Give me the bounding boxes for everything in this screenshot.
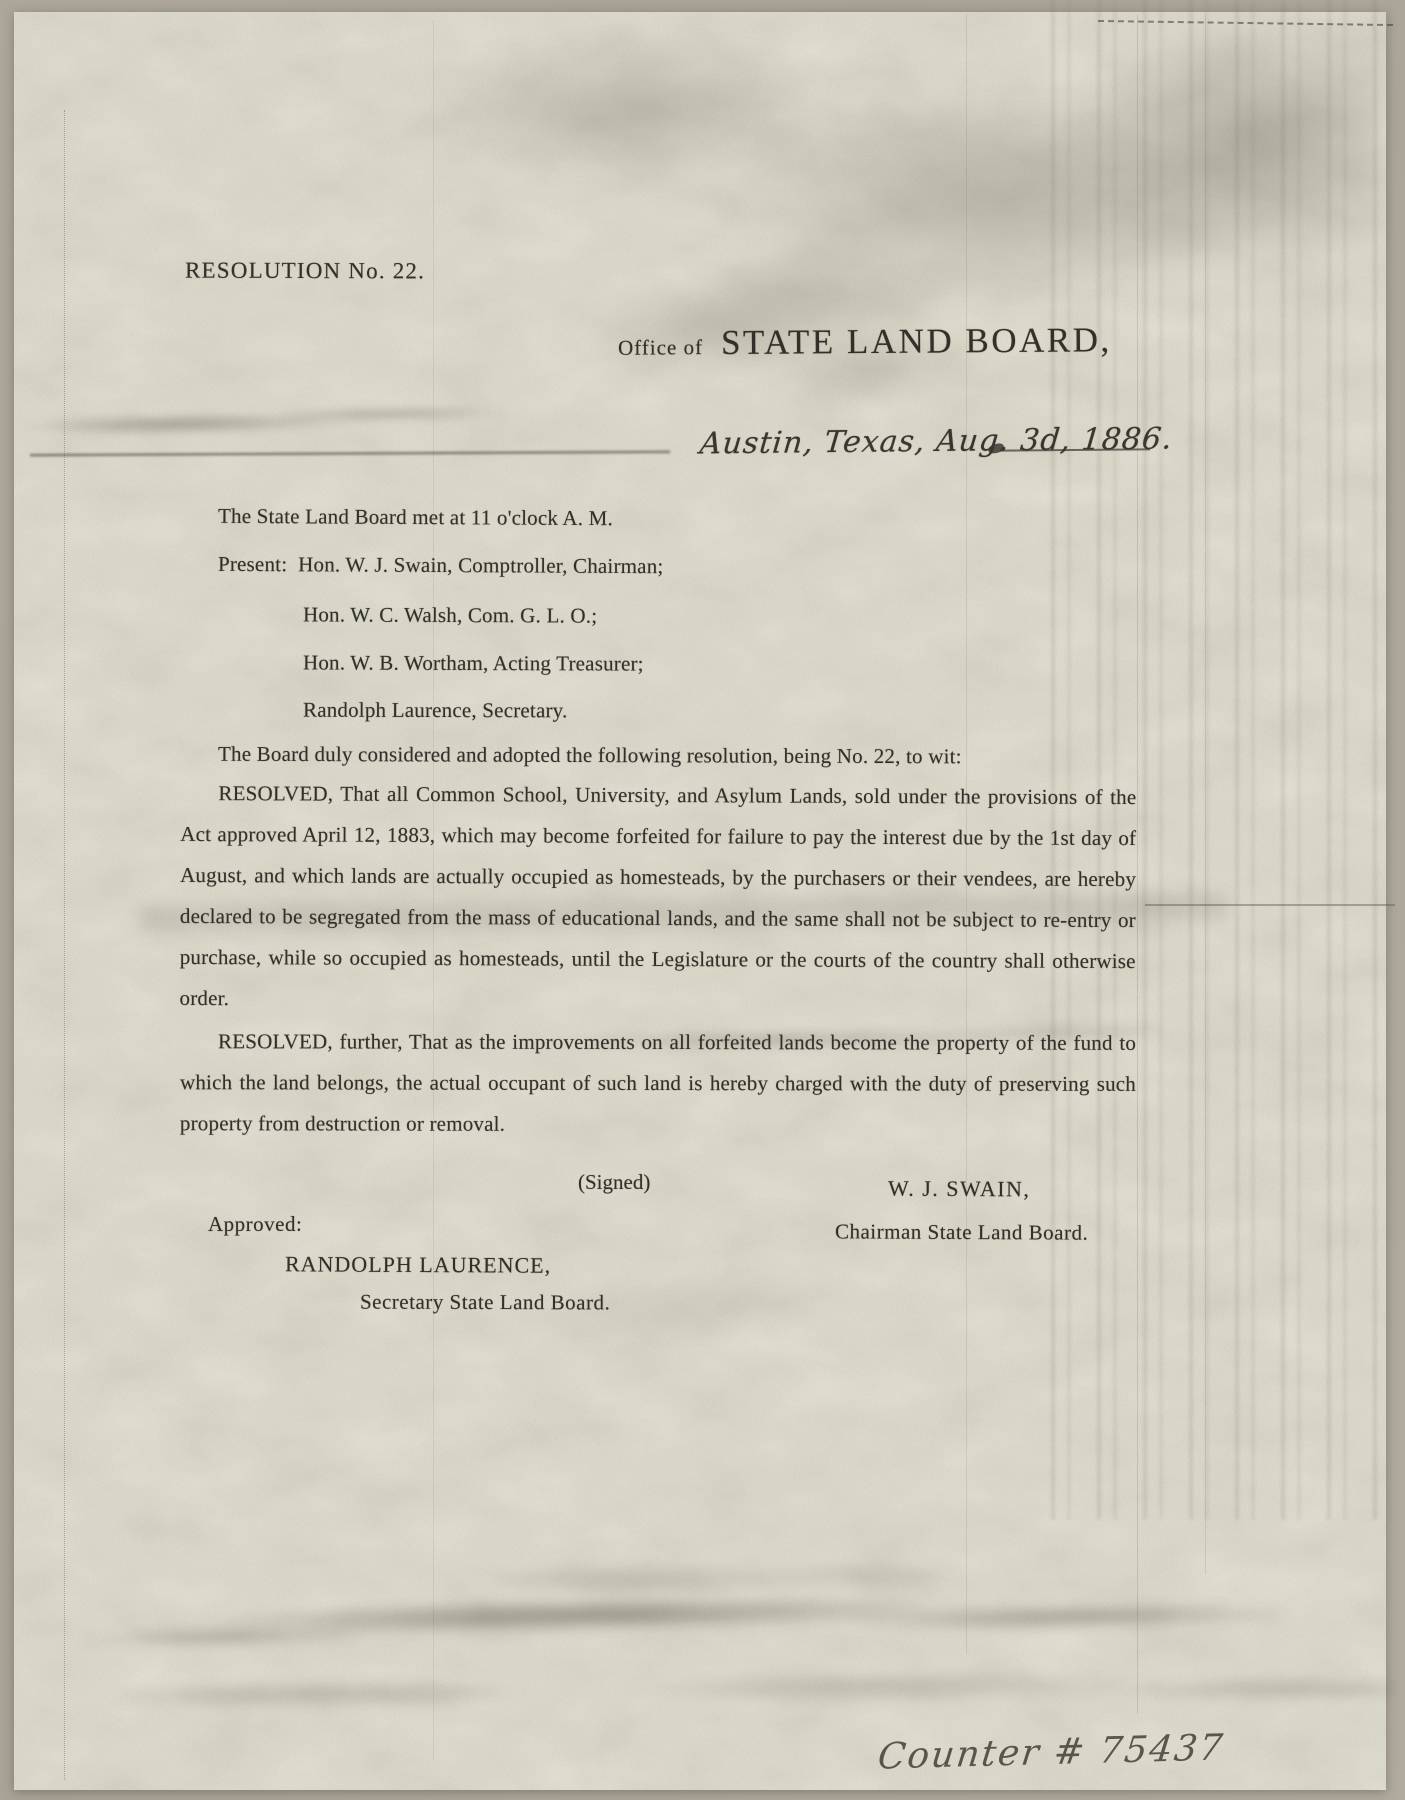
present-line: Present: Hon. W. J. Swain, Comptroller, … xyxy=(218,544,664,587)
office-prefix: Office of xyxy=(618,335,703,360)
signed-label: (Signed) xyxy=(578,1170,650,1195)
attendee-wortham: Hon. W. B. Wortham, Acting Treasurer; xyxy=(303,642,644,684)
approver-title: Secretary State Land Board. xyxy=(360,1290,610,1316)
approver-name: RANDOLPH LAURENCE, xyxy=(285,1251,551,1278)
scanned-document-page: RESOLUTION No. 22. Office of STATE LAND … xyxy=(0,0,1405,1800)
resolution-number: RESOLUTION No. 22. xyxy=(185,258,425,285)
attendee-laurence: Randolph Laurence, Secretary. xyxy=(303,690,568,732)
office-heading: Office of STATE LAND BOARD, xyxy=(618,320,1112,363)
resolved-paragraph-2: RESOLVED, further, That as the improveme… xyxy=(180,1021,1136,1146)
signer-name: W. J. SWAIN, xyxy=(888,1176,1031,1203)
approved-label: Approved: xyxy=(208,1212,302,1237)
resolved-paragraph-1: RESOLVED, That all Common School, Univer… xyxy=(179,773,1136,1023)
handwritten-dateline: Austin, Texas, Aug. 3d, 1886. xyxy=(698,422,1174,462)
signer-title: Chairman State Land Board. xyxy=(835,1219,1088,1245)
office-title: STATE LAND BOARD, xyxy=(721,320,1112,362)
attendee-walsh: Hon. W. C. Walsh, Com. G. L. O.; xyxy=(303,594,597,636)
intro-line: The Board duly considered and adopted th… xyxy=(218,734,962,778)
meeting-line: The State Land Board met at 11 o'clock A… xyxy=(218,496,613,539)
